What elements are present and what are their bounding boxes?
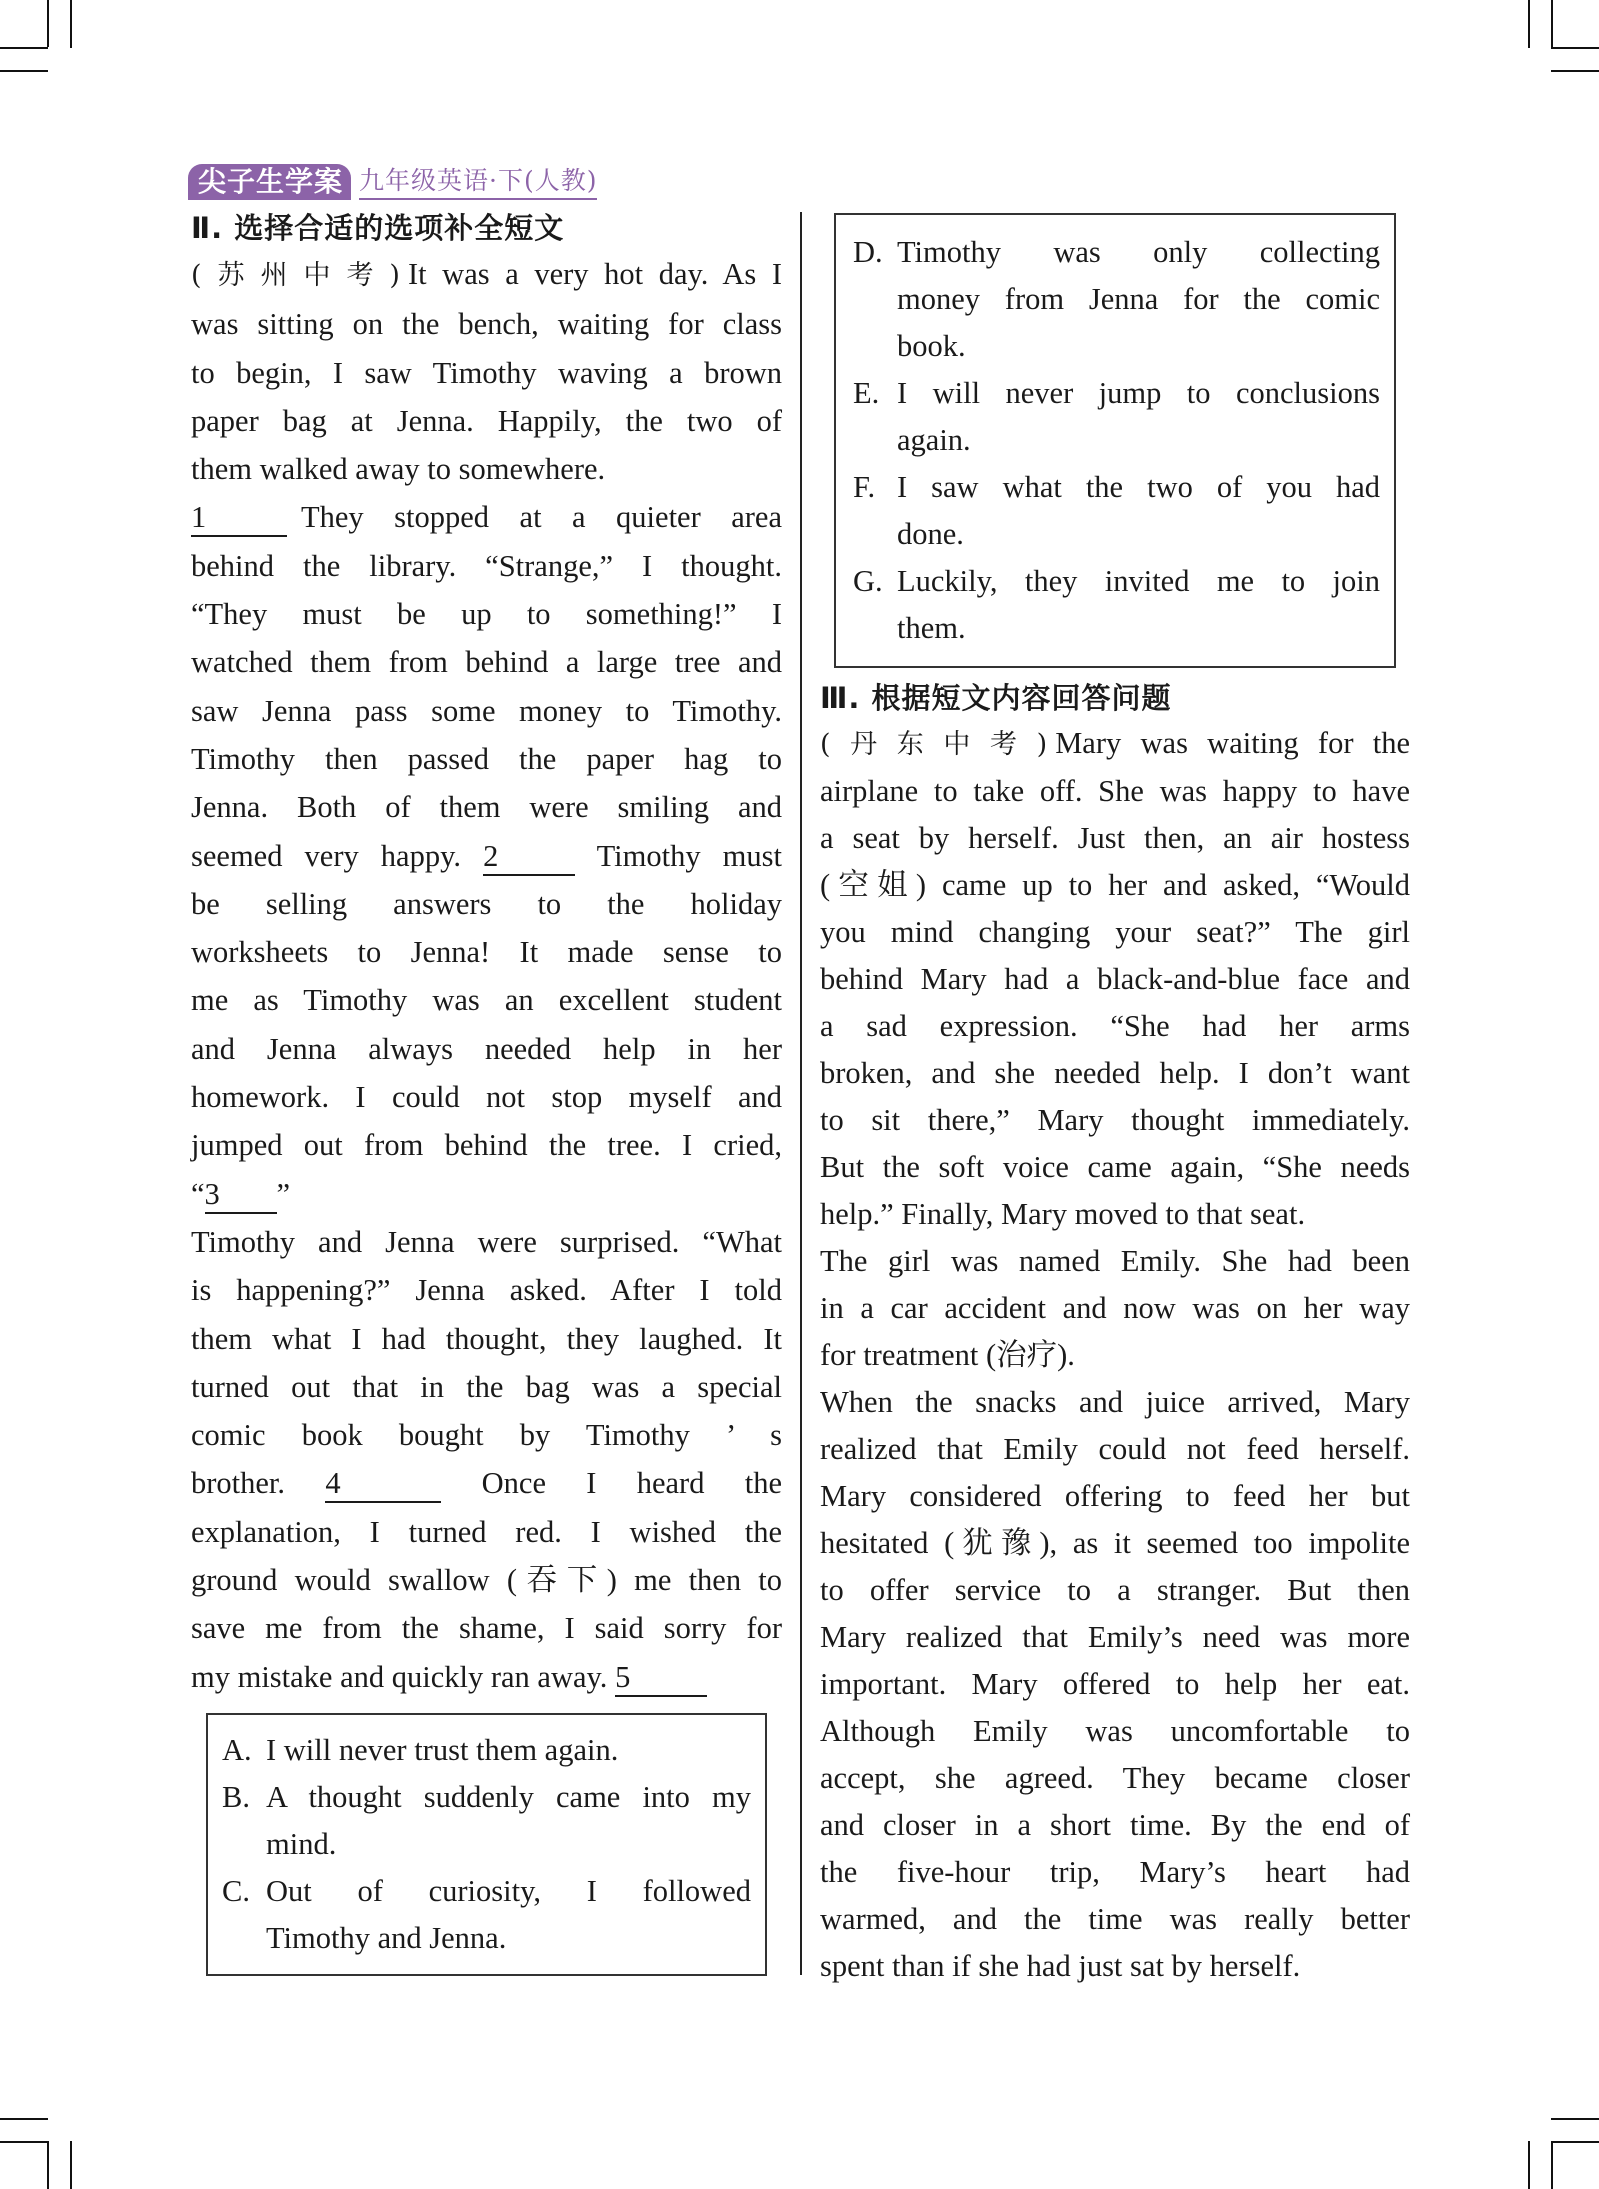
passage-source: (苏州中考)	[191, 260, 408, 291]
crop-mark-tl-h	[0, 47, 48, 49]
option-b: B. A thought suddenly came into mymind.	[222, 1774, 751, 1868]
passage-source: (丹东中考)	[820, 729, 1055, 760]
crop-mark-bl-h	[0, 2118, 48, 2120]
option-e: E. I will never jump to conclusionsagain…	[853, 370, 1380, 464]
right-column: D. Timothy was only collectingmoney from…	[820, 200, 1410, 1990]
section-3-passage: (丹东中考)Mary was waiting for the airplane …	[820, 720, 1410, 1990]
crop-mark-tr-v2	[1551, 0, 1553, 47]
options-box-right: D. Timothy was only collectingmoney from…	[834, 213, 1396, 668]
column-divider	[800, 212, 802, 1975]
crop-mark-tr-h	[1551, 47, 1599, 49]
option-g: G. Luckily, they invited me to jointhem.	[853, 558, 1380, 652]
blank-3[interactable]: 3	[205, 1176, 277, 1214]
page-header: 尖子生学案 九年级英语·下(人教)	[188, 160, 597, 200]
crop-mark-tr-h2	[1551, 70, 1599, 72]
book-subtitle: 九年级英语·下(人教)	[359, 166, 597, 200]
book-series-badge: 尖子生学案	[188, 164, 351, 200]
option-a: A. I will never trust them again.	[222, 1727, 751, 1774]
crop-mark-br-h2	[1551, 2141, 1599, 2143]
crop-mark-bl-v	[47, 2141, 49, 2189]
crop-mark-tl-v	[47, 0, 49, 47]
blank-2[interactable]: 2	[483, 838, 575, 876]
blank-1[interactable]: 1	[191, 499, 287, 537]
section-2-passage: (苏州中考)It was a very hot day. As I was si…	[191, 250, 782, 1701]
crop-mark-tl-v2	[70, 0, 72, 48]
section-2-title: Ⅱ. 选择合适的选项补全短文	[191, 206, 782, 250]
crop-mark-bl-h2	[0, 2141, 48, 2143]
blank-5[interactable]: 5	[615, 1659, 707, 1697]
option-d: D. Timothy was only collectingmoney from…	[853, 229, 1380, 370]
crop-mark-br-h	[1551, 2118, 1599, 2120]
crop-mark-br-v	[1528, 2141, 1530, 2189]
section-3-title: Ⅲ. 根据短文内容回答问题	[820, 676, 1410, 720]
option-c: C. Out of curiosity, I followedTimothy a…	[222, 1868, 751, 1962]
option-f: F. I saw what the two of you haddone.	[853, 464, 1380, 558]
blank-4[interactable]: 4	[325, 1465, 441, 1503]
crop-mark-br-v2	[1551, 2141, 1553, 2189]
crop-mark-tl-h2	[0, 70, 48, 72]
crop-mark-bl-v2	[70, 2141, 72, 2189]
options-box-left: A. I will never trust them again. B. A t…	[206, 1713, 767, 1976]
left-column: Ⅱ. 选择合适的选项补全短文 (苏州中考)It was a very hot d…	[191, 206, 782, 1976]
crop-mark-tr-v	[1528, 0, 1530, 48]
